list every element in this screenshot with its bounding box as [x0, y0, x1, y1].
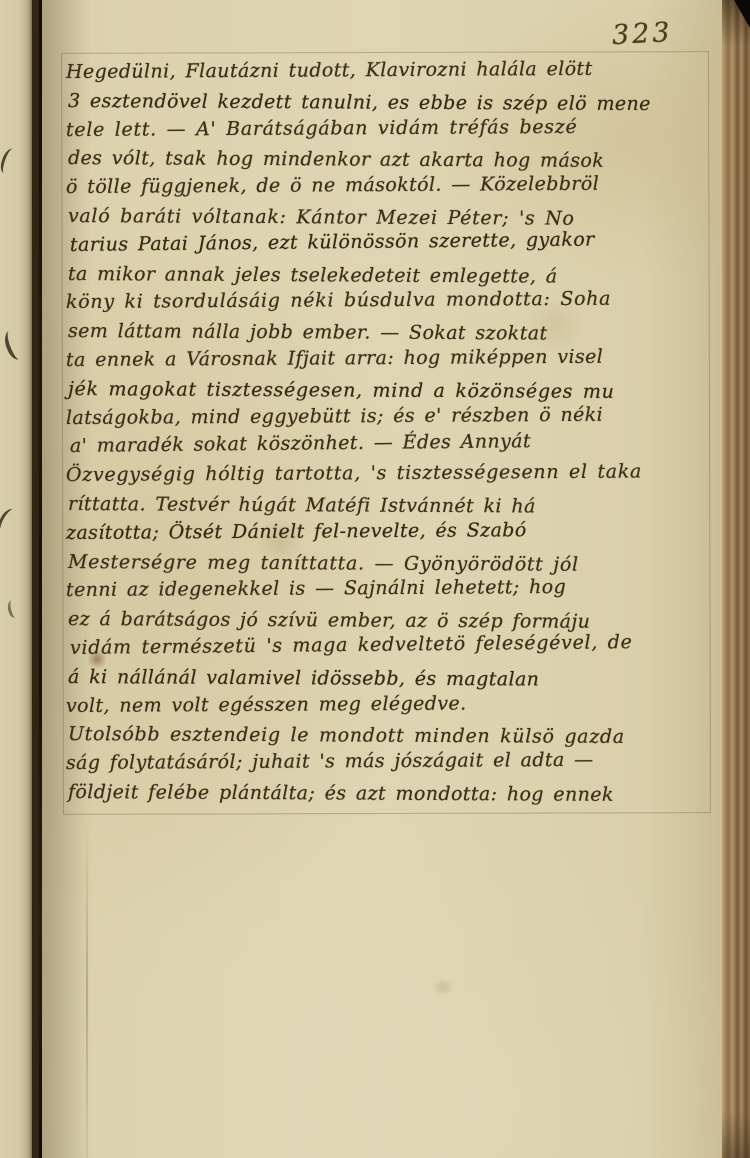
- manuscript-line: tenni az idegenekkel is — Sajnálni lehet…: [66, 572, 714, 605]
- manuscript-line: ö tölle függjenek, de ö ne másoktól. — K…: [66, 169, 714, 202]
- manuscript-line: ság folytatásáról; juhait 's más jószága…: [66, 745, 714, 778]
- stray-ink-mark: [0, 506, 18, 531]
- manuscript-line: Hegedülni, Flautázni tudott, Klavirozni …: [66, 54, 714, 87]
- stray-ink-mark: [6, 599, 21, 619]
- paper-crease: [86, 820, 88, 1158]
- facing-page-edge: [0, 0, 32, 1158]
- manuscript-text-block: Hegedülni, Flautázni tudott, Klavirozni …: [66, 58, 714, 807]
- page-number: 323: [611, 16, 693, 51]
- manuscript-line: tele lett. — A' Barátságában vidám tréfá…: [66, 112, 714, 145]
- stray-ink-mark: [1, 328, 27, 362]
- paper-stain: [430, 980, 456, 994]
- manuscript-line: földjeit felébe plántálta; és azt mondot…: [68, 778, 716, 810]
- manuscript-line: vidám természetü 's maga kedveltetö fele…: [70, 627, 718, 663]
- manuscript-line: köny ki tsordulásáig néki búsdulva mondo…: [66, 284, 714, 317]
- manuscript-line: ta ennek a Városnak Ifjait arra: hog mik…: [66, 342, 714, 375]
- manuscript-line: zasította; Ötsét Dánielt fel-nevelte, és…: [66, 515, 714, 548]
- manuscript-line: Özvegységig hóltig tartotta, 's tisztess…: [66, 457, 714, 490]
- manuscript-line: a' maradék sokat köszönhet. — Édes Annyá…: [70, 426, 718, 462]
- stray-ink-mark: [0, 147, 19, 176]
- manuscript-line: tarius Patai János, ezt különössön szere…: [70, 224, 718, 260]
- book-fore-edge: [722, 0, 750, 1158]
- manuscript-line: volt, nem volt egésszen meg elégedve.: [66, 688, 714, 721]
